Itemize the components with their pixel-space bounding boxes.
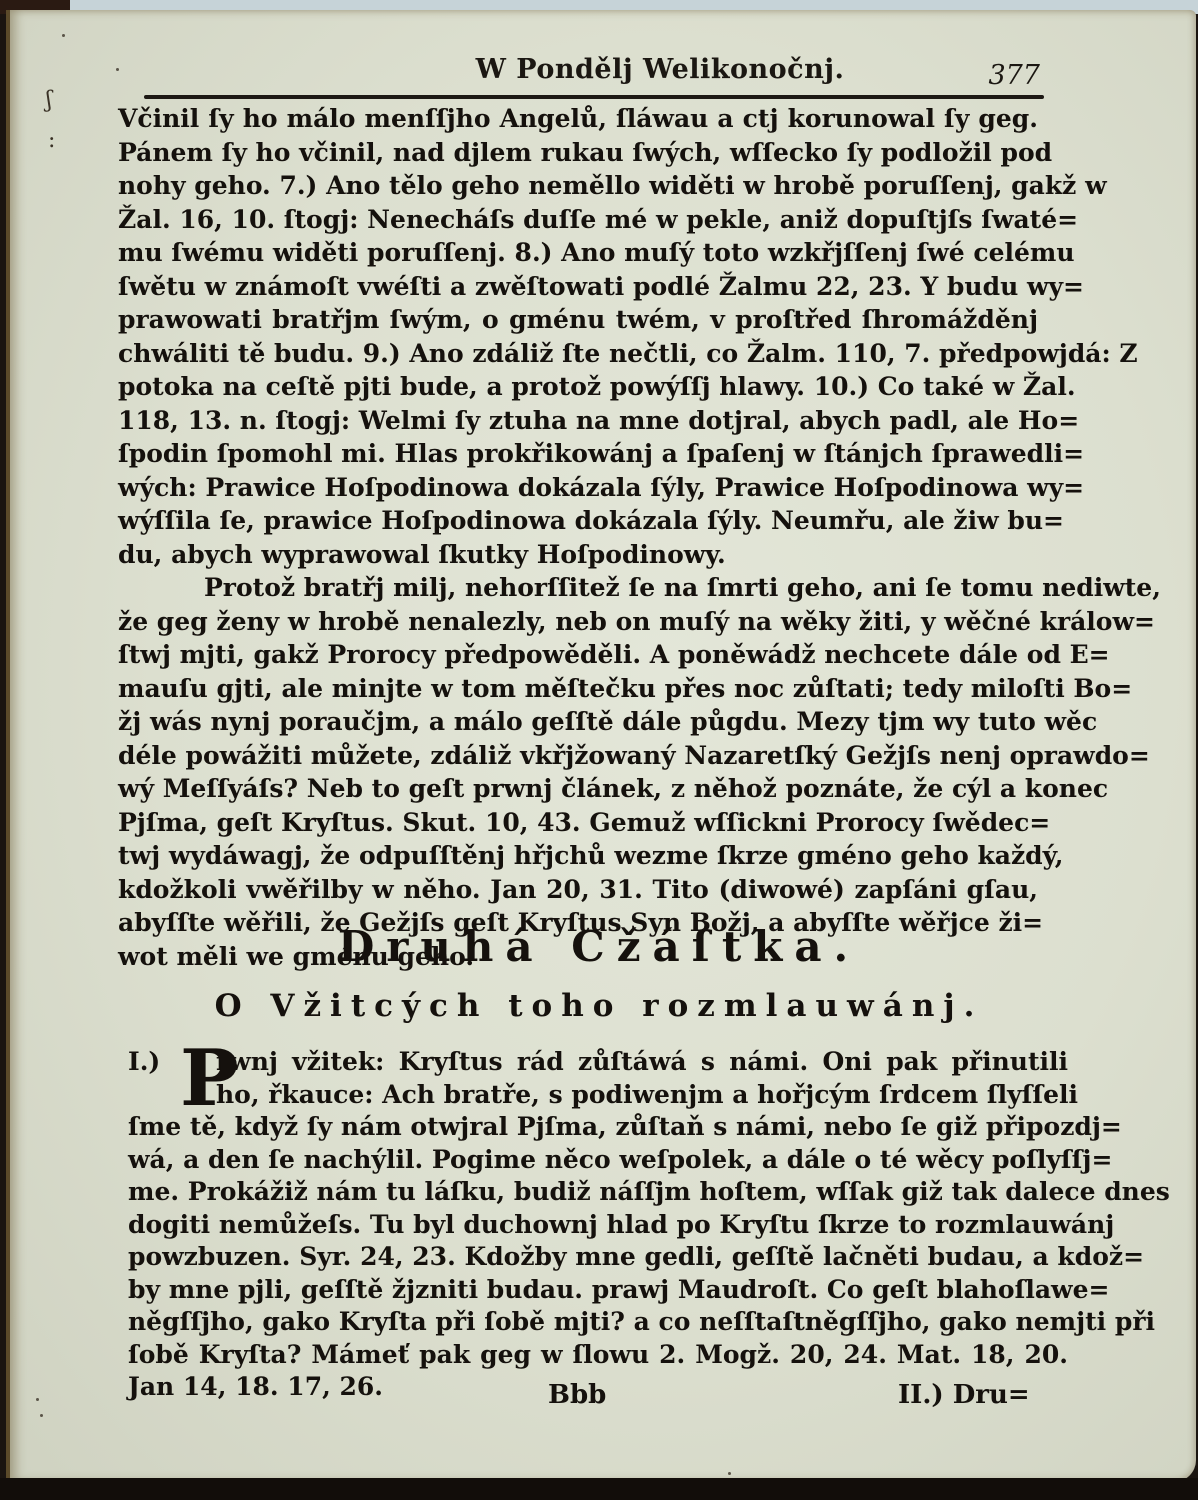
paper-speck xyxy=(728,1472,731,1475)
section-subtitle: O Vžitcých toho rozmlauwánj. xyxy=(0,988,1198,1024)
page-footer: Bbb II.) Dru= xyxy=(0,1380,1198,1420)
item-number: I.) xyxy=(128,1046,160,1079)
text-line: me. Prokážiž nám tu láſku, budiž náſſjm … xyxy=(128,1176,1068,1209)
text-line: nohy geho. 7.) Ano tělo geho neměllo wid… xyxy=(118,169,1038,203)
text-line: Včinil ſy ho málo menſſjho Angelů, ſláwa… xyxy=(118,102,1038,136)
text-line: mu ſwému widěti poruſſenj. 8.) Ano muſý … xyxy=(118,236,1038,270)
scan-bottom-edge xyxy=(0,1478,1198,1500)
text-line: Pjſma, geſt Kryſtus. Skut. 10, 43. Gemuž… xyxy=(118,806,1038,840)
text-line: Pánem ſy ho včinil, nad djlem rukau ſwýc… xyxy=(118,136,1038,170)
paper-speck xyxy=(62,34,65,37)
text-line: wá, a den ſe nachýlil. Pogime něco weſpo… xyxy=(128,1144,1068,1177)
text-line: ſobě Kryſta? Mámeť pak geg w ſlowu 2. Mo… xyxy=(128,1339,1068,1372)
text-line: powzbuzen. Syr. 24, 23. Kdožby mne gedli… xyxy=(128,1241,1068,1274)
text-line: wý Meſſyáſs? Neb to geſt prwnj článek, z… xyxy=(118,772,1038,806)
text-line: ſpodin ſpomohl mi. Hlas prokřikowánj a ſ… xyxy=(118,437,1038,471)
text-line: rwnj vžitek: Kryſtus rád zůſtáwá s námi.… xyxy=(128,1046,1068,1079)
text-line: mauſu gjti, ale minjte w tom měſtečku př… xyxy=(118,672,1038,706)
signature-mark: Bbb xyxy=(548,1380,606,1410)
running-head: W Pondělj Welikonočnj. xyxy=(450,54,870,85)
page-header: W Pondělj Welikonočnj. 377 xyxy=(180,54,1080,94)
drop-capital: P xyxy=(180,1040,239,1118)
text-line: kdožkoli vwěřilby w něho. Jan 20, 31. Ti… xyxy=(118,873,1038,907)
paragraph-2: Protož bratřj milj, nehorſſitež ſe na ſm… xyxy=(118,571,1038,973)
text-line: prawowati bratřjm ſwým, o gménu twém, v … xyxy=(118,303,1038,337)
section-title: Druhá Cžáſtka. xyxy=(0,922,1198,971)
text-line: ſme tě, když ſy nám otwjral Pjſma, zůſta… xyxy=(128,1111,1068,1144)
text-line: ſtwj mjti, gakž Prorocy předpowěděli. A … xyxy=(118,638,1038,672)
text-line: Protož bratřj milj, nehorſſitež ſe na ſm… xyxy=(118,571,1038,605)
text-line: wých: Prawice Hoſpodinowa dokázala ſýly,… xyxy=(118,471,1038,505)
text-line: dogiti nemůžeſs. Tu byl duchownj hlad po… xyxy=(128,1209,1068,1242)
text-line: že geg ženy w hrobě nenalezly, neb on mu… xyxy=(118,605,1038,639)
text-line: chwáliti tě budu. 9.) Ano zdáliž ſte neč… xyxy=(118,337,1038,371)
margin-mark: ʃ xyxy=(46,88,52,113)
text-line: by mne pjli, geſſtě žjzniti budau. prawj… xyxy=(128,1274,1068,1307)
header-rule xyxy=(144,95,1044,99)
text-line: déle powážiti můžete, zdáliž vkřjžowaný … xyxy=(118,739,1038,773)
part2-text: I.) P rwnj vžitek: Kryſtus rád zůſtáwá s… xyxy=(128,1046,1068,1404)
text-line: potoka na ceſtě pjti bude, a protož powý… xyxy=(118,370,1038,404)
catchword: II.) Dru= xyxy=(898,1380,1030,1410)
text-line: twj wydáwagj, že odpuſſtěnj hřjchů wezme… xyxy=(118,839,1038,873)
text-line: 118, 13. n. ſtogj: Welmi ſy ztuha na mne… xyxy=(118,404,1038,438)
text-line: něgſſjho, gako Kryſta při ſobě mjti? a c… xyxy=(128,1306,1068,1339)
text-line: žj wás nynj poraučjm, a málo geſſtě dále… xyxy=(118,705,1038,739)
paragraph-1: Včinil ſy ho málo menſſjho Angelů, ſláwa… xyxy=(118,102,1038,571)
part1-text: Včinil ſy ho málo menſſjho Angelů, ſláwa… xyxy=(118,102,1038,973)
text-line: Žal. 16, 10. ſtogj: Nenecháſs duſſe mé w… xyxy=(118,203,1038,237)
text-line: ho, řkauce: Ach bratře, s podiwenjm a ho… xyxy=(128,1079,1068,1112)
page-number: 377 xyxy=(988,60,1040,91)
text-line: ſwětu w známoſt vwéſti a zwěſtowati podl… xyxy=(118,270,1038,304)
margin-mark: : xyxy=(48,128,55,153)
paper-speck xyxy=(116,68,119,71)
text-line: du, abych wyprawowal ſkutky Hoſpodinowy. xyxy=(118,538,1038,572)
text-line: wýſſila ſe, prawice Hoſpodinowa dokázala… xyxy=(118,504,1038,538)
